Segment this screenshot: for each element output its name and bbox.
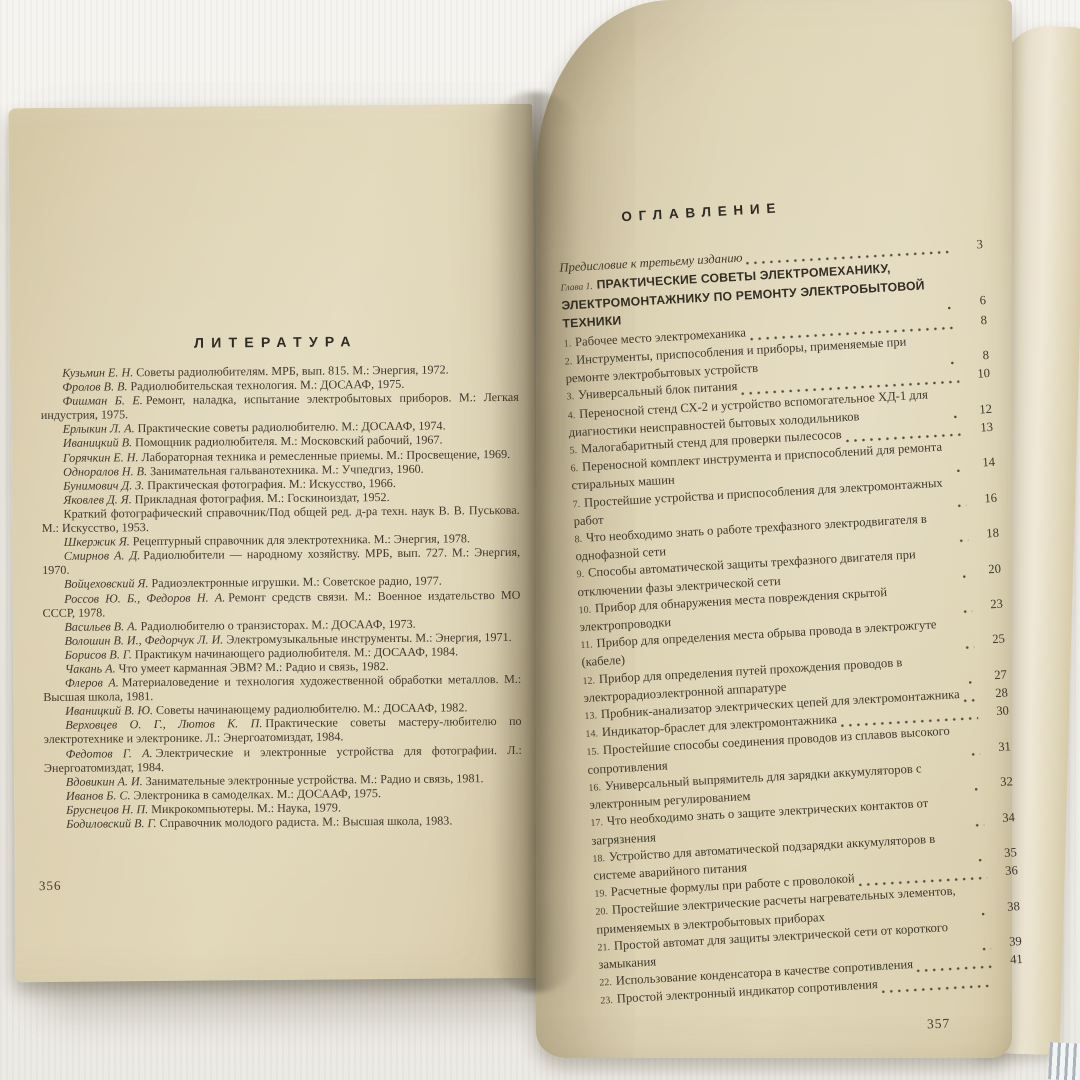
toc-entry-number: 5. xyxy=(569,445,577,456)
bibliography-author: Иваницкий В. xyxy=(63,436,132,451)
toc-entry-page: 30 xyxy=(980,703,1009,722)
dot-leader xyxy=(947,298,956,311)
bibliography-author: Войцеховский Я. xyxy=(64,577,148,592)
toc-content: ОГЛАВЛЕНИЕ Предисловие к третьему издани… xyxy=(556,189,1024,1010)
bibliography-author: Бодиловский В. Г. xyxy=(66,816,156,831)
bibliography-author: Кузьмин Е. Н. xyxy=(62,365,133,380)
toc-entry-page: 32 xyxy=(984,773,1013,792)
toc-entry-page: 8 xyxy=(959,312,988,331)
right-page: ОГЛАВЛЕНИЕ Предисловие к третьему издани… xyxy=(536,0,1012,1058)
toc-entry-number: 23. xyxy=(600,995,613,1007)
toc-entry-number: 4. xyxy=(567,410,575,421)
toc-entry-number: 15. xyxy=(586,747,599,759)
dot-leader xyxy=(981,939,991,952)
toc-list: Предисловие к третьему изданию 3 Глава 1… xyxy=(559,236,1024,1010)
bibliography-text: Справочник молодого радиста. М.: Высшая … xyxy=(159,813,452,830)
bibliography-entry: Верховцев О. Г., Лютов К. П.Практические… xyxy=(44,714,522,746)
toc-entry-page: 16 xyxy=(969,490,998,509)
toc-entry-page: 27 xyxy=(978,666,1007,685)
toc-entry-page: 18 xyxy=(970,525,999,544)
bibliography-text: Электроника в самоделках. М.: ДОСААФ, 19… xyxy=(133,786,381,802)
toc-entry-page: 31 xyxy=(982,738,1011,757)
bibliography-entry: Фишман Б. Е.Ремонт, наладка, испытание э… xyxy=(41,390,519,422)
bibliography-author: Вдовикин А. И. xyxy=(66,774,143,789)
right-page-number: 357 xyxy=(926,1016,950,1033)
toc-entry-page: 14 xyxy=(967,454,996,473)
toc-entry-page: 35 xyxy=(988,844,1017,863)
bibliography-entry: Россов Ю. Б., Федоров Н. А.Ремонт средст… xyxy=(42,587,520,619)
toc-entry-page: 41 xyxy=(994,951,1023,970)
bibliography-author: Фролов В. В. xyxy=(62,379,127,394)
toc-entry-page: 20 xyxy=(972,560,1001,579)
toc-entry-number: 22. xyxy=(599,977,612,989)
toc-entry-number: 21. xyxy=(597,942,610,954)
toc-entry-page: 28 xyxy=(979,684,1008,703)
bibliography-author: Иваницкий В. Ю. xyxy=(65,703,153,718)
bibliography-author: Борисов В. Г. xyxy=(65,647,132,662)
toc-entry-number: 12. xyxy=(582,675,595,687)
dot-leader xyxy=(978,850,987,863)
striped-object xyxy=(1048,1042,1080,1080)
bibliography-list: Кузьмин Е. Н.Советы радиолюбителям. МРБ,… xyxy=(40,362,522,831)
bibliography-author: Чакань А. xyxy=(65,661,116,675)
toc-entry-page: 38 xyxy=(991,898,1020,917)
bibliography-author: Бунимович Д. З. xyxy=(63,478,144,493)
toc-entry-number: 1. xyxy=(563,338,571,349)
dot-leader xyxy=(962,566,971,579)
bibliography-author: Волошин В. И., Федорчук Л. И. xyxy=(65,632,224,647)
toc-entry-number: 7. xyxy=(572,499,580,510)
bibliography-text: Микрокомпьютеры. М.: Наука, 1979. xyxy=(151,800,341,816)
bibliography-author: Ерлыкин Л. А. xyxy=(63,422,135,437)
dot-leader xyxy=(950,353,959,366)
toc-entry-number: 13. xyxy=(584,710,597,722)
toc-entry-page: 10 xyxy=(962,365,991,384)
toc-entry-page: 25 xyxy=(976,631,1005,650)
toc-entry-number: 3. xyxy=(566,392,574,403)
toc-entry-page: 6 xyxy=(957,292,986,311)
bibliography-author: Смирнов А. Д. xyxy=(64,548,141,563)
bibliography-author: Горячкин Е. Н. xyxy=(63,450,139,465)
bibliography-text: Краткий фотографический справочник/Под о… xyxy=(42,503,520,535)
bibliography-author: Шкержик Я. xyxy=(64,534,130,549)
bibliography-entry: Краткий фотографический справочник/Под о… xyxy=(42,503,520,535)
bibliography-entry: Флеров А.Материаловедение и технология х… xyxy=(43,672,521,704)
bibliography-author: Яковлев Д. Я. xyxy=(63,492,131,507)
dot-leader xyxy=(956,460,965,473)
toc-entry-number: 20. xyxy=(595,906,608,918)
bibliography-author: Фишман Б. Е. xyxy=(62,393,142,408)
bibliography-text: Занимательные электронные устройства. М.… xyxy=(146,771,484,788)
bibliography-entry: Федотов Г. А.Электрические и электронные… xyxy=(44,742,522,774)
toc-entry-number: 6. xyxy=(570,463,578,474)
bibliography-entry: Бодиловский В. Г.Справочник молодого рад… xyxy=(44,813,522,831)
left-page-title: ЛИТЕРАТУРА xyxy=(10,332,534,353)
dot-leader xyxy=(971,744,980,757)
toc-entry-page: 39 xyxy=(993,933,1022,952)
bibliography-author: Россов Ю. Б., Федоров Н. А. xyxy=(64,590,225,605)
bibliography-author: Васильев В. А. xyxy=(64,619,137,634)
bibliography-author: Флеров А. xyxy=(65,675,119,689)
toc-entry-number: 17. xyxy=(590,817,603,829)
toc-entry-page: 34 xyxy=(986,809,1015,828)
toc-entry-number: 2. xyxy=(564,356,572,367)
dot-leader xyxy=(959,531,968,544)
toc-entry-page: 12 xyxy=(964,401,993,420)
dot-leader xyxy=(953,407,962,420)
dot-leader xyxy=(981,903,990,916)
dot-leader xyxy=(962,602,972,616)
dot-leader xyxy=(962,690,977,704)
dot-leader xyxy=(881,975,994,994)
bibliography-entry: Смирнов А. Д.Радиолюбители — народному х… xyxy=(42,545,520,577)
toc-entry-number: 14. xyxy=(585,729,598,741)
toc-entry-page: 3 xyxy=(954,236,983,255)
bibliography-text: Электромузыкальные инструменты. М.: Энер… xyxy=(226,630,511,646)
bibliography-author: Иванов Б. С. xyxy=(66,788,131,803)
right-page-title: ОГЛАВЛЕНИЕ xyxy=(614,189,980,224)
bibliography-author: Федотов Г. А. xyxy=(66,746,153,761)
toc-entry-number: 8. xyxy=(574,534,582,545)
bibliography-author: Бруснецов Н. П. xyxy=(66,802,148,817)
left-page-number: 356 xyxy=(39,878,62,894)
toc-entry-page: 8 xyxy=(961,347,990,366)
dot-leader xyxy=(964,637,974,651)
dot-leader xyxy=(968,672,977,685)
bibliography-author: Одноралов Н. В. xyxy=(63,464,147,479)
toc-entry-number: 10. xyxy=(578,604,591,616)
table-surface: ЛИТЕРАТУРА Кузьмин Е. Н.Советы радиолюби… xyxy=(0,0,1080,1080)
toc-entry-page: 23 xyxy=(974,596,1003,615)
toc-entry-number: 19. xyxy=(594,888,607,900)
left-page: ЛИТЕРАТУРА Кузьмин Е. Н.Советы радиолюби… xyxy=(8,104,540,983)
dot-leader xyxy=(974,779,983,792)
toc-entry-number: 9. xyxy=(576,569,584,580)
toc-entry-number: 18. xyxy=(592,853,605,865)
toc-entry-page: 13 xyxy=(965,419,994,438)
toc-entry-number: Глава 1. xyxy=(560,282,593,294)
dot-leader xyxy=(974,815,984,829)
toc-entry-page: 36 xyxy=(989,862,1018,881)
toc-entry-number: 11. xyxy=(580,640,593,652)
toc-entry-number: 16. xyxy=(588,782,601,794)
bibliography-text: Практикум начинающего радиолюбителя. М.:… xyxy=(135,644,458,661)
dot-leader xyxy=(956,495,966,509)
